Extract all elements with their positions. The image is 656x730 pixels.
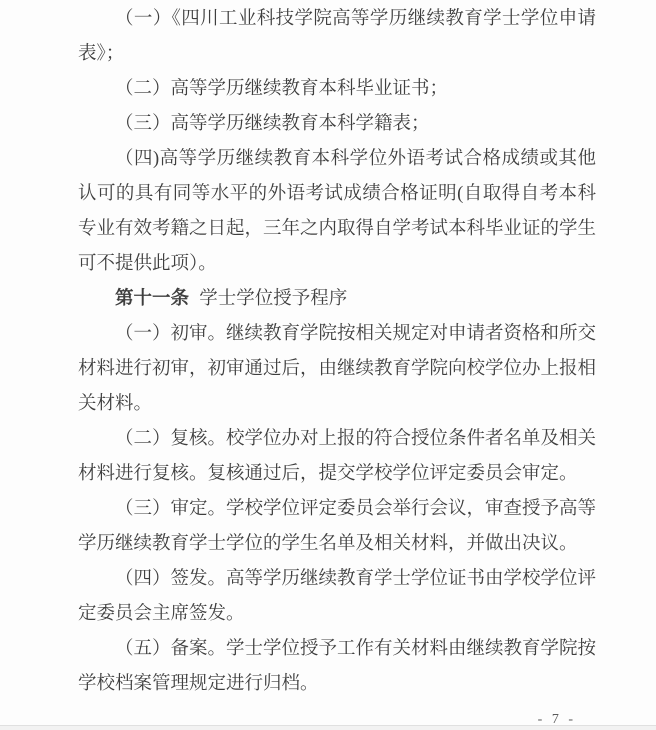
paragraph-text: （五）备案。学士学位授予工作有关材料由继续教育学院按学校档案管理规定进行归档。 xyxy=(78,639,596,694)
paragraph-text: （四)高等学历继续教育本科学位外语考试合格成绩或其他认可的具有同等水平的外语考试… xyxy=(78,149,596,274)
paragraph-text: （四）签发。高等学历继续教育学士学位证书由学校学位评定委员会主席签发。 xyxy=(78,569,596,624)
document-body: （一）《四川工业科技学院高等学历继续教育学士学位申请表》； （二）高等学历继续教… xyxy=(0,0,656,702)
paragraph: （二）复核。校学位办对上报的符合授位条件者名单及相关材料进行复核。复核通过后，提… xyxy=(78,422,596,492)
paragraph: （一）初审。继续教育学院按相关规定对申请者资格和所交材料进行初审，初审通过后，由… xyxy=(78,317,596,422)
scanned-document-page: （一）《四川工业科技学院高等学历继续教育学士学位申请表》； （二）高等学历继续教… xyxy=(0,0,656,730)
paragraph: （五）备案。学士学位授予工作有关材料由继续教育学院按学校档案管理规定进行归档。 xyxy=(78,632,596,702)
paragraph: （二）高等学历继续教育本科毕业证书； xyxy=(78,72,596,107)
scan-edge-divider xyxy=(0,725,656,730)
paragraph-text: 学士学位授予程序 xyxy=(199,289,347,309)
paragraph-text: （一）初审。继续教育学院按相关规定对申请者资格和所交材料进行初审，初审通过后，由… xyxy=(78,324,596,414)
paragraph: （三）审定。学校学位评定委员会举行会议，审查授予高等学历继续教育学士学位的学生名… xyxy=(78,492,596,562)
paragraph-text: （三）高等学历继续教育本科学籍表； xyxy=(115,114,430,134)
paragraph-text: （一）《四川工业科技学院高等学历继续教育学士学位申请表》； xyxy=(78,9,596,64)
paragraph: （四）签发。高等学历继续教育学士学位证书由学校学位评定委员会主席签发。 xyxy=(78,562,596,632)
paragraph: 第十一条学士学位授予程序 xyxy=(78,282,596,317)
paragraph: （三）高等学历继续教育本科学籍表； xyxy=(78,107,596,142)
paragraph: （一）《四川工业科技学院高等学历继续教育学士学位申请表》； xyxy=(78,2,596,72)
paragraph: （四)高等学历继续教育本科学位外语考试合格成绩或其他认可的具有同等水平的外语考试… xyxy=(78,142,596,282)
paragraph-text: （二）复核。校学位办对上报的符合授位条件者名单及相关材料进行复核。复核通过后，提… xyxy=(78,429,596,484)
paragraph-text: （三）审定。学校学位评定委员会举行会议，审查授予高等学历继续教育学士学位的学生名… xyxy=(78,499,596,554)
paragraph-text: （二）高等学历继续教育本科毕业证书； xyxy=(115,79,448,99)
article-number: 第十一条 xyxy=(115,289,189,309)
